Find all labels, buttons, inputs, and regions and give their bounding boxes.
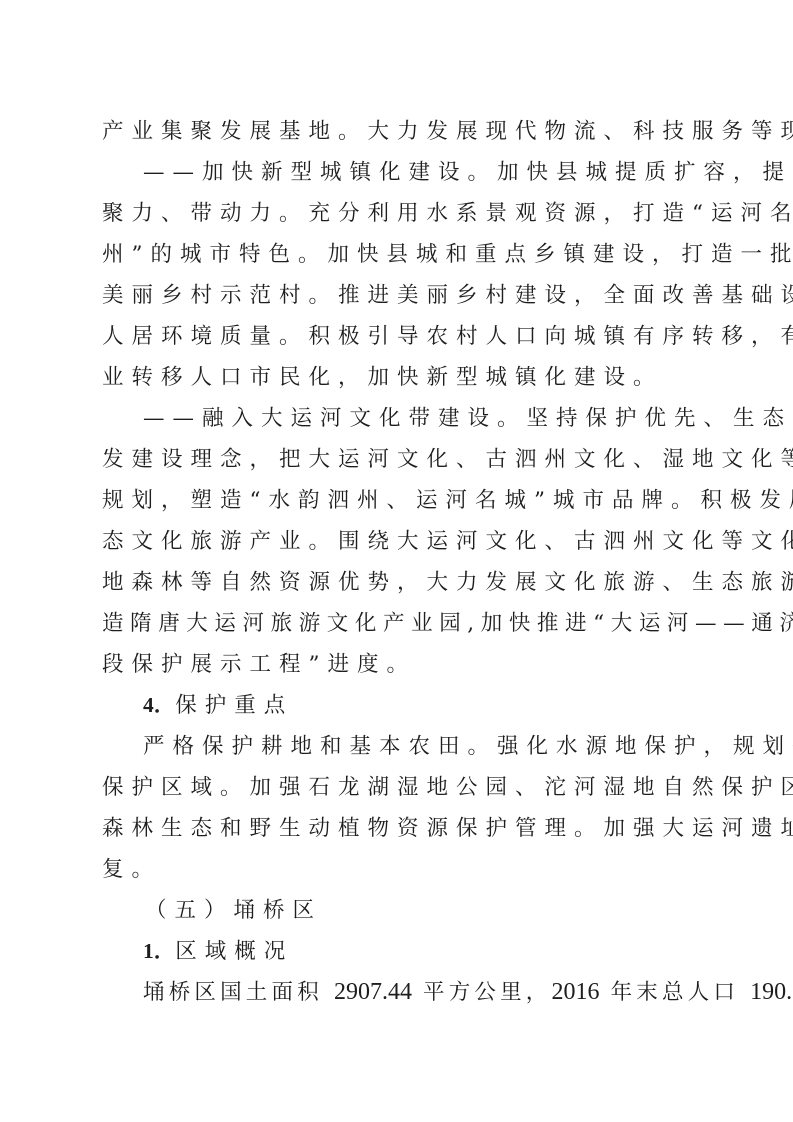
- document-page: 产业集聚发展基地。大力发展现代物流、科技服务等现代服务业。 ——加快新型城镇化建…: [102, 111, 696, 1013]
- paragraph-line: 保护区域。加强石龙湖湿地公园、沱河湿地自然保护区、屏山等: [102, 767, 696, 808]
- paragraph-line: 发建设理念，把大运河文化、古泗州文化、湿地文化等融入城市: [102, 439, 696, 480]
- overview-text: 平方公里，: [423, 980, 552, 1005]
- heading-title: 区域概况: [175, 939, 293, 964]
- paragraph-line: 森林生态和野生动植物资源保护管理。加强大运河遗址保护和修: [102, 808, 696, 849]
- paragraph-line: 产业集聚发展基地。大力发展现代物流、科技服务等现代服务业。: [102, 111, 696, 152]
- paragraph-line: 段保护展示工程”进度。: [102, 644, 696, 685]
- paragraph-line: 规划，塑造“水韵泗州、运河名城”城市品牌。积极发展大运河生: [102, 480, 696, 521]
- paragraph-line: 造隋唐大运河旅游文化产业园,加快推进“大运河——通济渠泗县: [102, 603, 696, 644]
- overview-text: 埇桥区国土面积: [143, 980, 323, 1005]
- paragraph-line: 严格保护耕地和基本农田。强化水源地保护，规划生态红线: [102, 726, 696, 767]
- paragraph-line: ——加快新型城镇化建设。加快县城提质扩容，提高县城集: [102, 152, 696, 193]
- paragraph-line: 复。: [102, 849, 696, 890]
- paragraph-line: 州”的城市特色。加快县城和重点乡镇建设，打造一批特色小镇和: [102, 234, 696, 275]
- paragraph-line: ——融入大运河文化带建设。坚持保护优先、生态引领的开: [102, 398, 696, 439]
- paragraph-line: 人居环境质量。积极引导农村人口向城镇有序转移，有序推进农: [102, 316, 696, 357]
- overview-paragraph-line: 埇桥区国土面积 2907.44 平方公里，2016 年末总人口 190.37: [102, 972, 696, 1013]
- heading-protection-focus: 4．保护重点: [102, 685, 696, 726]
- paragraph-line: 地森林等自然资源优势，大力发展文化旅游、生态旅游。积极打: [102, 562, 696, 603]
- heading-number: 1．: [143, 939, 175, 963]
- population-value: 190.37: [750, 979, 793, 1005]
- paragraph-line: 业转移人口市民化，加快新型城镇化建设。: [102, 357, 696, 398]
- paragraph-line: 聚力、带动力。充分利用水系景观资源，打造“运河名城，水韵泗: [102, 193, 696, 234]
- overview-text: 年末总人口: [611, 980, 740, 1005]
- paragraph-line: 美丽乡村示范村。推进美丽乡村建设，全面改善基础设施，提升: [102, 275, 696, 316]
- land-area-value: 2907.44: [334, 979, 412, 1005]
- heading-title: 保护重点: [175, 693, 293, 718]
- heading-region-overview: 1．区域概况: [102, 931, 696, 972]
- section-heading-yongqiao: （五）埇桥区: [102, 890, 696, 931]
- paragraph-line: 态文化旅游产业。围绕大运河文化、古泗州文化等文化资源和湿: [102, 521, 696, 562]
- year-value: 2016: [552, 979, 600, 1005]
- heading-number: 4．: [143, 693, 175, 717]
